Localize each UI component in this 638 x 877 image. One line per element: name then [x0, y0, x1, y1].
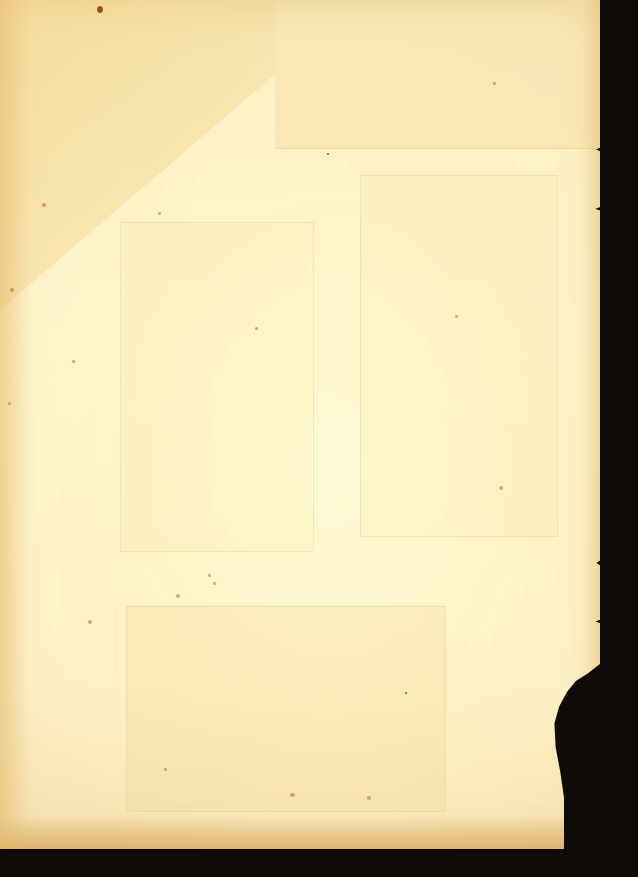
foxing-spot [405, 692, 407, 694]
foxing-spot [88, 620, 92, 624]
paper-page [0, 0, 600, 849]
foxing-spot [213, 582, 216, 585]
foxing-spot [255, 327, 258, 330]
offset-band [275, 0, 600, 149]
foxing-spot [455, 315, 458, 318]
ghost-plate-right [360, 175, 558, 537]
foxing-spot [10, 288, 14, 292]
foxing-spot [290, 793, 295, 797]
foxing-spot [208, 574, 211, 577]
foxing-spot [176, 594, 180, 598]
foxing-spot [367, 796, 371, 800]
foxing-spot [493, 82, 496, 85]
foxing-spot [158, 212, 161, 215]
foxing-spot [97, 6, 103, 13]
foxing-spot [8, 402, 11, 405]
foxing-spot [327, 153, 329, 155]
ghost-plate-left [120, 222, 314, 552]
foxing-spot [72, 360, 75, 363]
ghost-plate-bottom [126, 606, 446, 812]
foxing-spot [42, 203, 46, 207]
foxing-spot [499, 486, 503, 490]
foxing-spot [164, 768, 167, 771]
